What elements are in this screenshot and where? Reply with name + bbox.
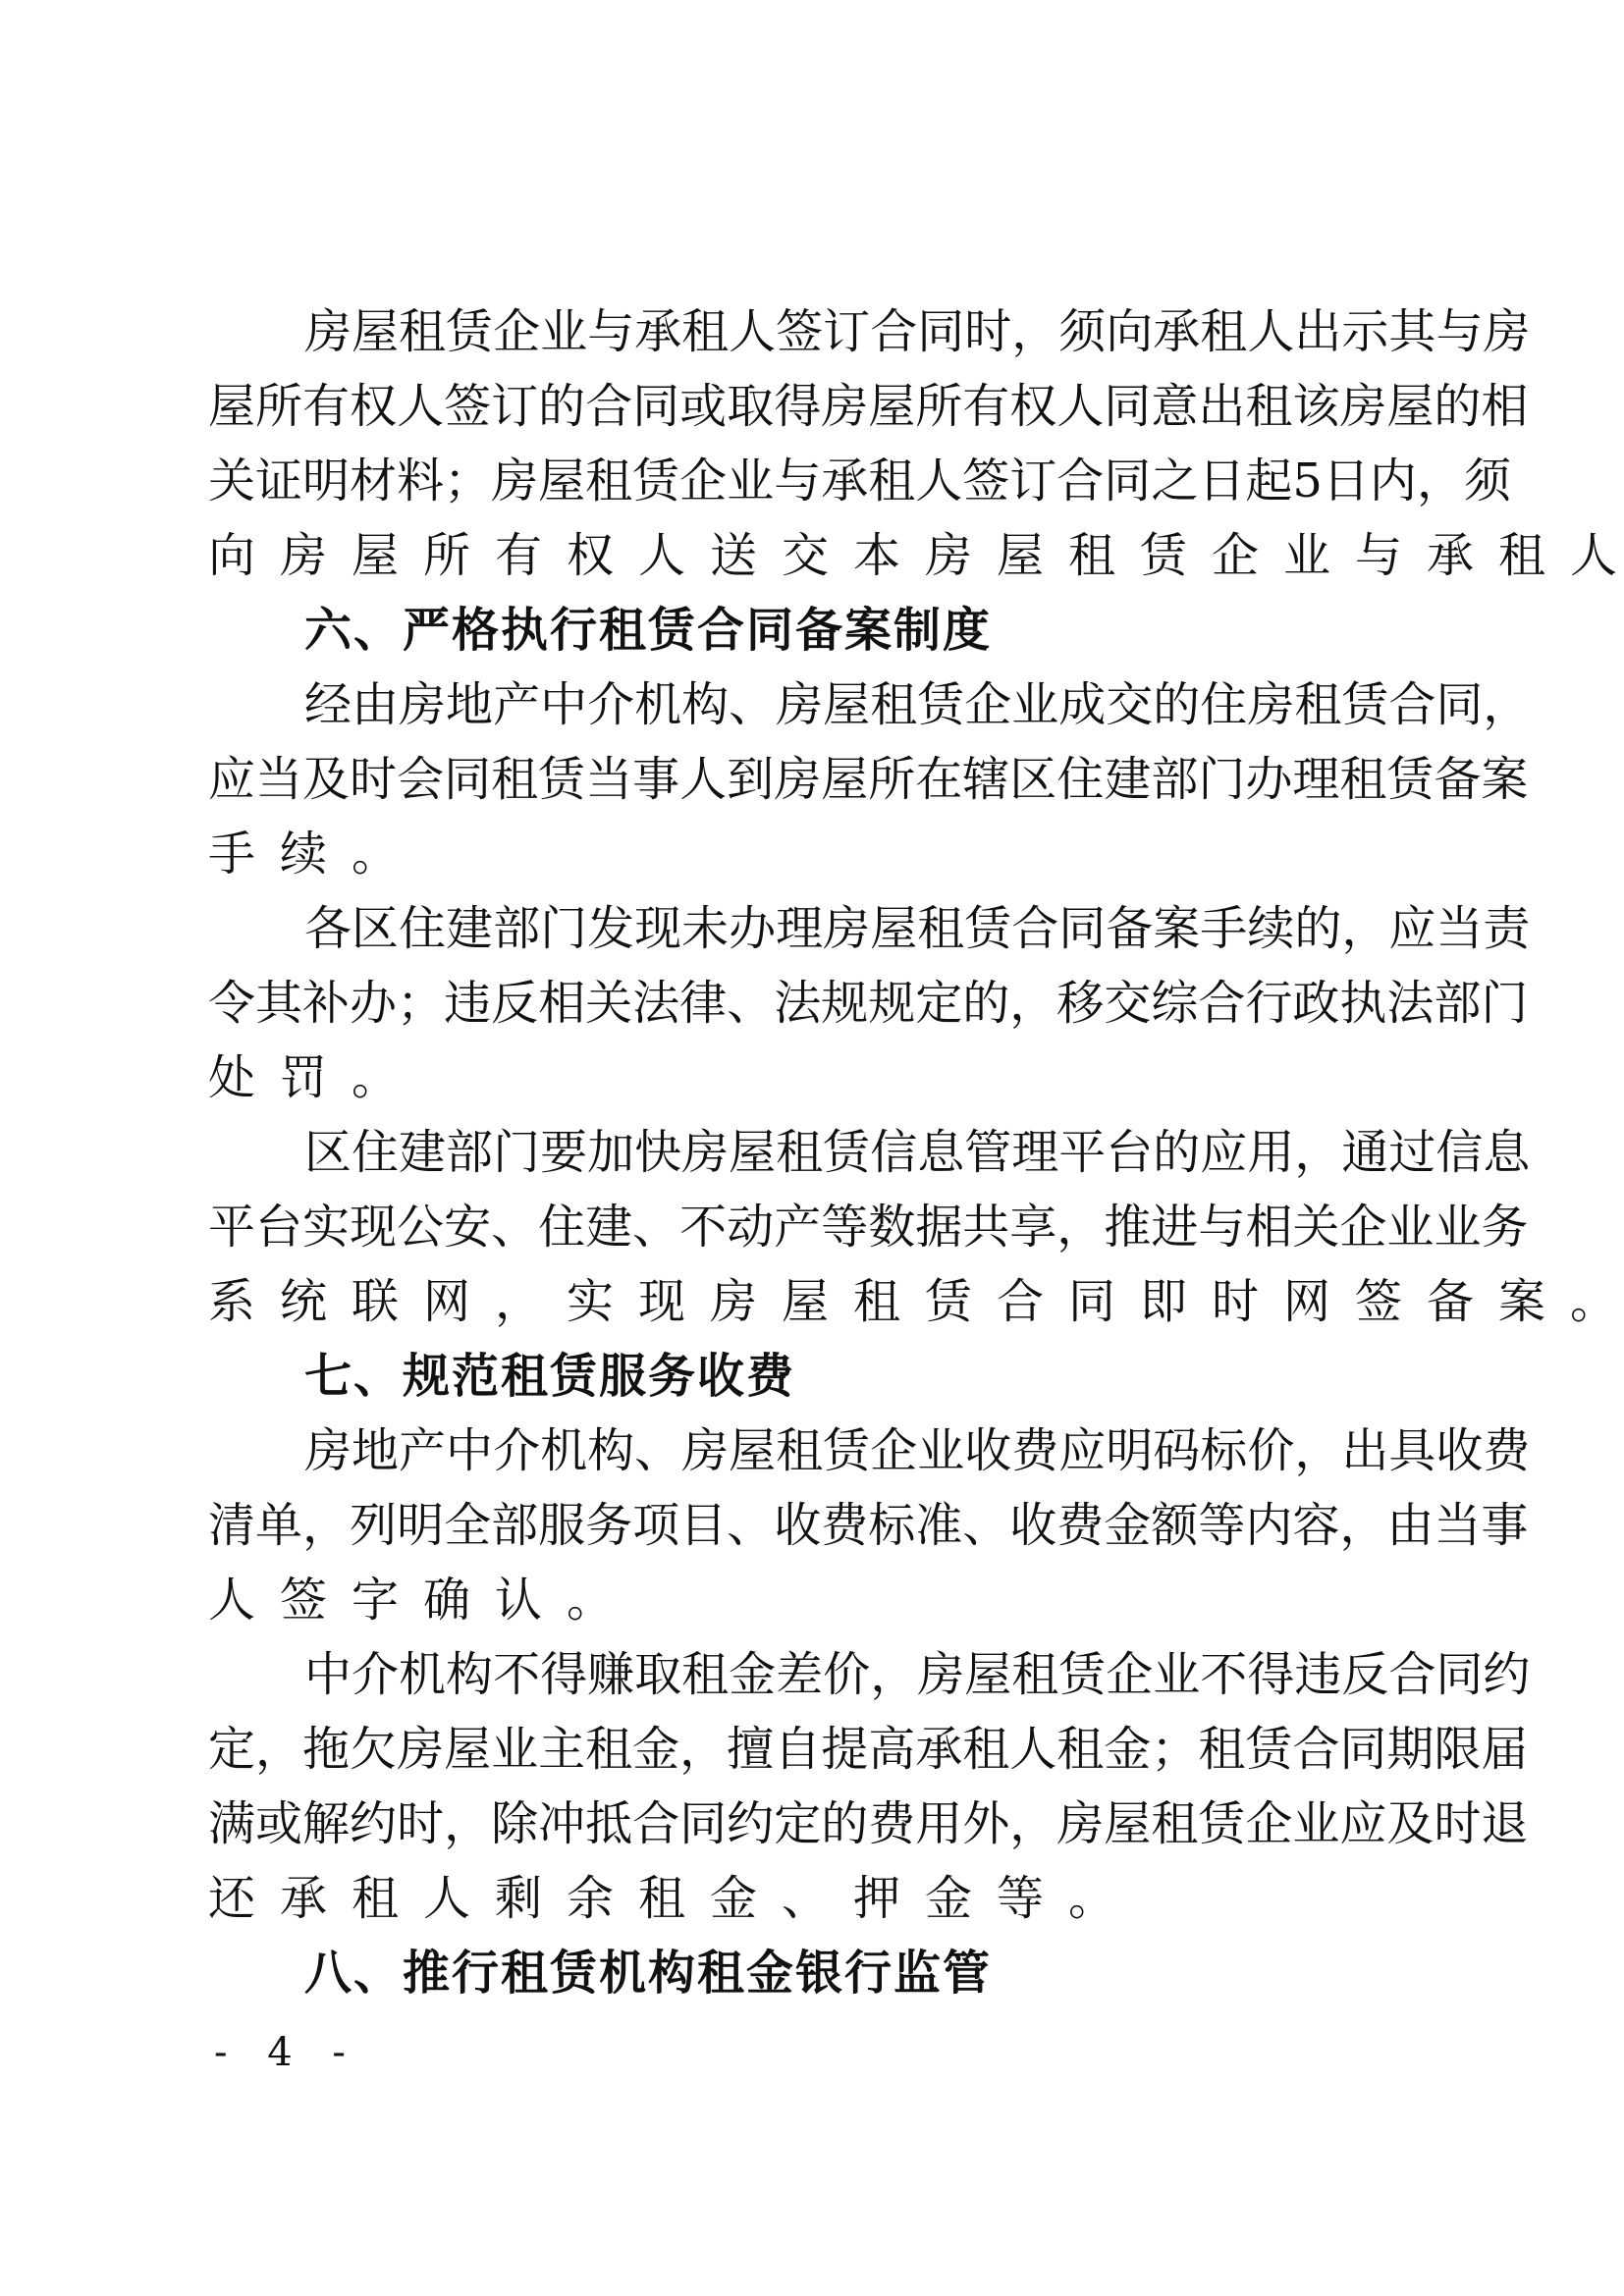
document-page: 房屋租赁企业与承租人签订合同时，须向承租人出示其与房屋所有权人签订的合同或取得房…	[0, 0, 1624, 2296]
heading-line: 七、规范租赁服务收费	[304, 1339, 1532, 1414]
text-line: 定，拖欠房屋业主租金，擅自提高承租人租金；租赁合同期限届	[208, 1712, 1435, 1787]
text-line: 屋所有权人签订的合同或取得房屋所有权人同意出租该房屋的相	[208, 369, 1435, 444]
text-line: 满或解约时，除冲抵合同约定的费用外，房屋租赁企业应及时退	[208, 1787, 1435, 1861]
text-line: 各区住建部门发现未办理房屋租赁合同备案手续的，应当责	[304, 891, 1435, 966]
text-line: 区住建部门要加快房屋租赁信息管理平台的应用，通过信息	[304, 1115, 1435, 1190]
text-line: 令其补办；违反相关法律、法规规定的，移交综合行政执法部门	[208, 966, 1435, 1041]
heading-line: 八、推行租赁机构租金银行监管	[304, 1936, 1532, 2010]
text-line: 房地产中介机构、房屋租赁企业收费应明码标价，出具收费	[304, 1414, 1435, 1488]
text-line: 关证明材料；房屋租赁企业与承租人签订合同之日起5日内，须	[208, 444, 1435, 518]
text-line: 人签字确认。	[208, 1563, 1435, 1637]
text-line: 中介机构不得赚取租金差价，房屋租赁企业不得违反合同约	[304, 1637, 1435, 1712]
page-number: - 4 -	[214, 2030, 359, 2075]
text-line: 应当及时会同租赁当事人到房屋所在辖区住建部门办理租赁备案	[208, 742, 1435, 817]
text-line: 平台实现公安、住建、不动产等数据共享，推进与相关企业业务	[208, 1190, 1435, 1264]
text-line: 手续。	[208, 817, 1435, 891]
text-line: 清单，列明全部服务项目、收费标准、收费金额等内容，由当事	[208, 1488, 1435, 1563]
heading-line: 六、严格执行租赁合同备案制度	[304, 593, 1532, 667]
text-line: 经由房地产中介机构、房屋租赁企业成交的住房租赁合同，	[304, 667, 1435, 742]
text-line: 向房屋所有权人送交本房屋租赁企业与承租人签订的合同。	[208, 518, 1435, 593]
text-line: 还承租人剩余租金、押金等。	[208, 1861, 1435, 1936]
text-line: 房屋租赁企业与承租人签订合同时，须向承租人出示其与房	[304, 294, 1435, 369]
text-line: 系统联网，实现房屋租赁合同即时网签备案。	[208, 1264, 1435, 1339]
text-line: 处罚。	[208, 1041, 1435, 1115]
